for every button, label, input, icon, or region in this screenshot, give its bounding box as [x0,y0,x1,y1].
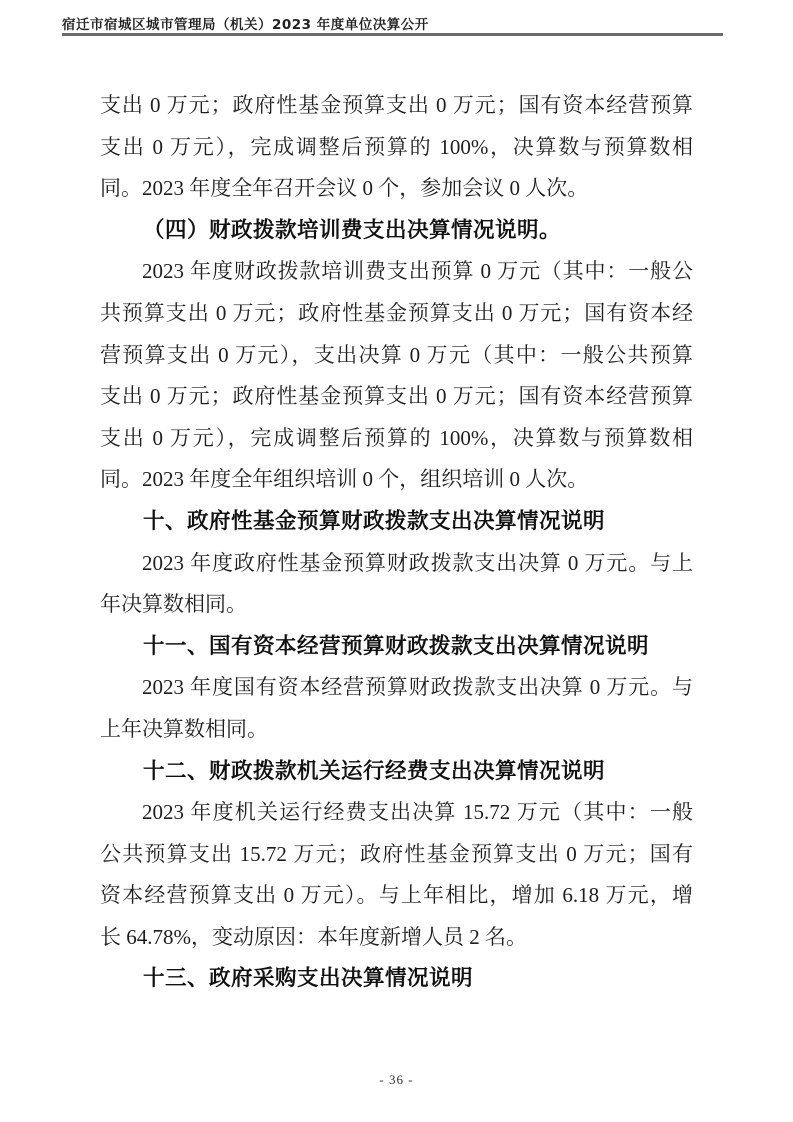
para-line: 支出 0 万元），完成调整后预算的 100%，决算数与预算数相 [100,418,693,460]
paragraph-meeting-tail: 支出 0 万元；政府性基金预算支出 0 万元；国有资本经营预算 支出 0 万元）… [100,85,693,210]
para-line: 2023 年度财政拨款培训费支出预算 0 万元（其中：一般公 [100,251,693,293]
para-line: 同。2023 年度全年召开会议 0 个，参加会议 0 人次。 [100,168,693,210]
para-line: 年决算数相同。 [100,584,693,626]
paragraph-gov-fund-budget: 2023 年度政府性基金预算财政拨款支出决算 0 万元。与上 年决算数相同。 [100,543,693,626]
para-line: 支出 0 万元；政府性基金预算支出 0 万元；国有资本经营预算 [100,376,693,418]
para-line: 2023 年度政府性基金预算财政拨款支出决算 0 万元。与上 [100,543,693,585]
paragraph-state-capital-budget: 2023 年度国有资本经营预算财政拨款支出决算 0 万元。与 上年决算数相同。 [100,667,693,750]
section-heading-gov-fund-budget: 十、政府性基金预算财政拨款支出决算情况说明 [100,501,693,543]
para-line: 支出 0 万元），完成调整后预算的 100%，决算数与预算数相 [100,127,693,169]
para-line: 上年决算数相同。 [100,709,693,751]
para-line: 共预算支出 0 万元；政府性基金预算支出 0 万元；国有资本经 [100,293,693,335]
section-heading-procurement: 十三、政府采购支出决算情况说明 [100,958,693,1000]
section-heading-training-fees: （四）财政拨款培训费支出决算情况说明。 [100,210,693,252]
para-line: 长 64.78%，变动原因：本年度新增人员 2 名。 [100,917,693,959]
para-line: 营预算支出 0 万元），支出决算 0 万元（其中：一般公共预算 [100,335,693,377]
para-line: 支出 0 万元；政府性基金预算支出 0 万元；国有资本经营预算 [100,85,693,127]
para-line: 2023 年度机关运行经费支出决算 15.72 万元（其中：一般 [100,792,693,834]
section-heading-operating-cost: 十二、财政拨款机关运行经费支出决算情况说明 [100,751,693,793]
paragraph-operating-cost: 2023 年度机关运行经费支出决算 15.72 万元（其中：一般 公共预算支出 … [100,792,693,958]
page-number: - 36 - [0,1072,793,1088]
document-body: 支出 0 万元；政府性基金预算支出 0 万元；国有资本经营预算 支出 0 万元）… [100,85,693,1000]
section-heading-state-capital-budget: 十一、国有资本经营预算财政拨款支出决算情况说明 [100,626,693,668]
document-page: 宿迁市宿城区城市管理局（机关）2023 年度单位决算公开 支出 0 万元；政府性… [0,0,793,1122]
para-line: 公共预算支出 15.72 万元；政府性基金预算支出 0 万元；国有 [100,834,693,876]
paragraph-training-fees: 2023 年度财政拨款培训费支出预算 0 万元（其中：一般公 共预算支出 0 万… [100,251,693,501]
document-header-title: 宿迁市宿城区城市管理局（机关）2023 年度单位决算公开 [62,13,429,33]
para-line: 资本经营预算支出 0 万元）。与上年相比，增加 6.18 万元，增 [100,875,693,917]
para-line: 2023 年度国有资本经营预算财政拨款支出决算 0 万元。与 [100,667,693,709]
header-rule [62,33,723,36]
para-line: 同。2023 年度全年组织培训 0 个，组织培训 0 人次。 [100,459,693,501]
